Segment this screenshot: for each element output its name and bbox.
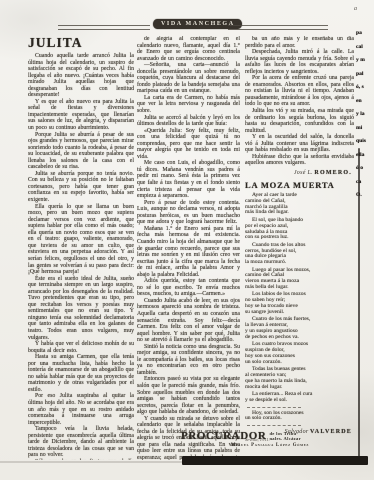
ad-subline: Miguel Paniagua López Gómez <box>181 443 359 448</box>
paragraph: Cuando Julita acabó de leer, en sus ojos… <box>137 298 240 344</box>
paragraph: Adiós querida, estoy tan contenta que no… <box>137 278 240 298</box>
paragraph: «Querida Julia: Soy feliz, muy feliz, co… <box>137 128 240 161</box>
bleedthrough-fragment: pa <box>356 30 362 36</box>
newspaper-page: VIDA MANCHEGA a JULITA Cuando aquella ta… <box>0 0 374 480</box>
paragraph: Sintió la noticia como una desgracia. Su… <box>137 344 240 377</box>
procurador-ad: PROCURADOR de los Tribu- nales. Alcázar … <box>181 431 359 448</box>
masthead: VIDA MANCHEGA <box>0 18 374 34</box>
bleedthrough-fragment: pal <box>356 71 363 77</box>
poem-title: LA MOZA MUERTA <box>245 181 354 190</box>
paragraph: Julita los vió y su mirada, esa mirada q… <box>245 108 354 134</box>
bleedthrough-fragment: y la <box>356 111 365 117</box>
poem-line: la moza murmuró. <box>245 260 354 266</box>
poem-divider-top <box>247 407 301 408</box>
paragraph: Hubiérase dicho que la señorita envidiab… <box>245 154 354 167</box>
scan-bottom-smudge <box>0 461 182 463</box>
paragraph: Sólo pensaba en las fiestas que al día s… <box>28 459 134 460</box>
poem-stanza: La entierran... Reza el curay se despide… <box>245 392 354 404</box>
paragraph: Por la acera de enfrente cruzó una parej… <box>245 75 354 108</box>
scan-bottom-bar <box>182 456 368 465</box>
paragraph: Porque Julita se aburría á pesar de sus … <box>28 132 134 171</box>
poem-refrain: Hoy, son los corazonesun solo corazón. <box>245 411 354 423</box>
article-signature: José L. ROMERO. <box>245 170 352 176</box>
article-signature-name: ROMERO. <box>314 170 352 176</box>
paragraph: Ella quería lo que se llama un buen mozo… <box>28 204 134 276</box>
paragraph: Pero á pesar de todo estoy contenta. Lui… <box>137 200 240 226</box>
paragraph: ba un año más y le enseñaba un día perdi… <box>245 36 354 49</box>
paragraph: Éste era el sueño ideal de Julita, sueño… <box>28 276 134 341</box>
poem-line: su sangre juvenil. <box>245 310 354 316</box>
poem-line: mocita del lugar. <box>245 385 354 391</box>
column-1: JULITA Cuando aquella tarde arrancó Juli… <box>28 36 134 460</box>
bleedthrough-fragment: quis <box>356 138 366 144</box>
column-2: de alegría al contemplar en el calendari… <box>137 36 240 460</box>
article-title: JULITA <box>28 36 134 50</box>
paragraph: Y había que ver el delicioso mohín de su… <box>28 341 134 354</box>
paragraph: Entonces paseó su vista por su elegante … <box>137 376 240 415</box>
bleedthrough-fragment: cal <box>356 44 363 50</box>
paragraph: Cuando aquella tarde arrancó Julita la ú… <box>28 53 134 99</box>
poem-stanza: Todas las buenas gentesal cementerio van… <box>245 367 354 390</box>
paragraph: Julita se acercó al balcón y leyó en los… <box>137 115 240 128</box>
paragraph: Y en la oscuridad del salón, la doncella… <box>245 134 354 154</box>
ad-headline: PROCURADOR <box>181 431 266 442</box>
paragraph: Y es que el año nuevo era para Julita la… <box>28 99 134 132</box>
poem-stanza: Cuando tras de los altoscerros, hundióse… <box>245 243 354 266</box>
masthead-rule-left <box>58 25 150 30</box>
bleedthrough-fragment: y m <box>356 57 365 63</box>
poem-line: y se despide el sol. <box>245 398 354 404</box>
column-1-text: Cuando aquella tarde arrancó Julita la ú… <box>28 53 134 460</box>
poem-line: más linda del lugar. <box>245 210 354 216</box>
poem-stanza: El sol, que iba bajandopor el espacio az… <box>245 218 354 241</box>
bleedthrough-fragment: mi <box>356 125 362 131</box>
paragraph: —Señorita, una carta—anunció la doncella… <box>137 62 240 95</box>
bleedthrough-fragment: ó, s <box>356 84 364 90</box>
poem-stanza: Ayer al caer la tardecamino del Cañal,ma… <box>245 193 354 216</box>
poem-stanza: Los labios de los mozosno saben hoy reír… <box>245 292 354 315</box>
article-signature-prefix: José L. <box>294 170 313 176</box>
poem-line: con su postrera luz. <box>245 235 354 241</box>
masthead-rule-right <box>228 25 328 30</box>
poem-line: de pechos en pechos va. <box>245 335 354 341</box>
poem-stanza: Luego al pasar los mozos,camino del Caña… <box>245 268 354 291</box>
paragraph: de alegría al contemplar en el calendari… <box>137 36 240 62</box>
poem-stanza: Cuatro de los más fuertes,la llevan á en… <box>245 317 354 340</box>
paragraph: Por eso Julita suspiraba al quitar la úl… <box>28 393 134 426</box>
bleedthrough-fragment: en <box>356 98 362 104</box>
paragraph: Julita se aburría porque no tenía novio.… <box>28 171 134 204</box>
paragraph: Hasta su amiga Carmen, que ella tenía po… <box>28 354 134 393</box>
column-3-text: ba un año más y le enseñaba un día perdi… <box>245 36 354 167</box>
poem-refrain-line: un solo corazón. <box>245 416 354 422</box>
poem-divider-bottom <box>247 425 301 426</box>
paragraph: La carta era de Carmen, no había más que… <box>137 95 240 115</box>
paragraph: Me caso con Luis, el abogadillo, como tú… <box>137 160 240 199</box>
ad-side-lines: de los Tribu- nales. Alcázar <box>269 431 301 441</box>
poem-line: un solo corazón. <box>245 360 354 366</box>
paragraph: Despechada, Julita miró á la calle. La l… <box>245 49 354 75</box>
poem-body: Ayer al caer la tardecamino del Cañal,ma… <box>245 193 354 404</box>
column-3: ba un año más y le enseñaba un día perdi… <box>245 36 354 460</box>
paragraph: Tampoco veía la lluvia helada, persisten… <box>28 426 134 459</box>
paragraph: Mañana 1.° de Enero será para mí la fech… <box>137 226 240 278</box>
column-2-text: de alegría al contemplar en el calendari… <box>137 36 240 460</box>
poem-stanza: Los cuatro bravos mozossuspiran de dolor… <box>245 342 354 365</box>
scan-edge-line <box>358 148 360 458</box>
ad-side-line-2: nales. Alcázar <box>269 436 301 441</box>
